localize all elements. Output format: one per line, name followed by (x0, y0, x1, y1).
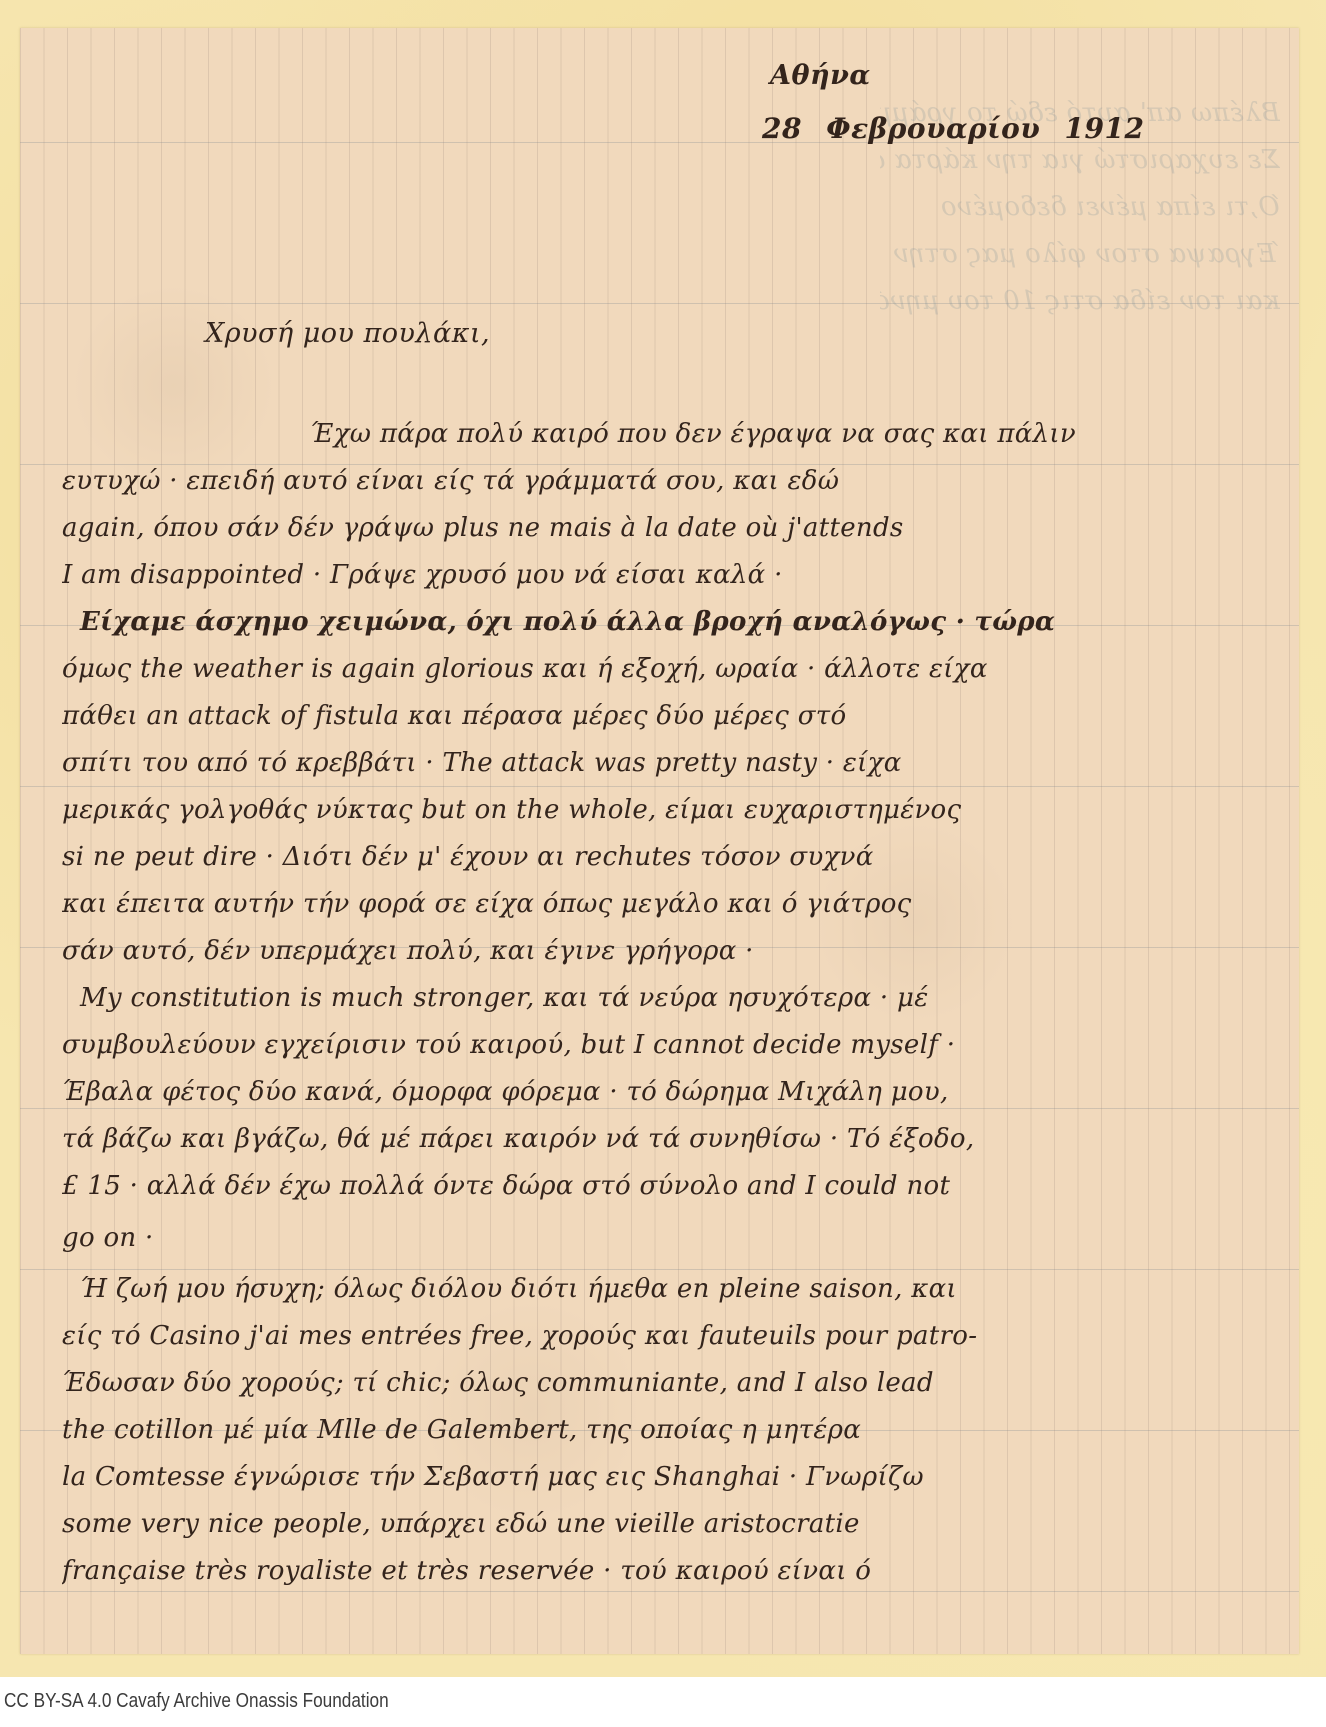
body-line: la Comtesse έγνώρισε τήν Σεβαστή μας εις… (62, 1454, 1282, 1501)
body-line: Έδωσαν δύο χορούς; τί chic; όλως communi… (62, 1360, 1282, 1407)
body-line: some very nice people, υπάρχει εδώ une v… (62, 1501, 1282, 1548)
license-credit: CC BY-SA 4.0 Cavafy Archive Onassis Foun… (4, 1690, 389, 1713)
body-line: όμως the weather is again glorious και ή… (62, 646, 1282, 693)
body-line: £ 15 · αλλά δέν έχω πολλά όντε δώρα στό … (62, 1163, 1282, 1210)
letter-place: Αθήνα (770, 60, 871, 91)
letter-greeting: Χρυσή μου πουλάκι, (205, 318, 490, 349)
letter-body: Έχω πάρα πολύ καιρό που δεν έγραψα να σα… (62, 411, 1282, 1595)
body-line: go on · (62, 1210, 1282, 1266)
body-line: είς τό Casino j'ai mes entrées free, χορ… (62, 1313, 1282, 1360)
letter-date: 28 Φεβρουαρίου 1912 (762, 112, 1144, 145)
body-line: σάν αυτό, δέν υπερμάχει πολύ, και έγινε … (62, 928, 1282, 975)
body-line: ευτυχώ · επειδή αυτό είναι είς τά γράμμα… (62, 458, 1282, 505)
body-line: σπίτι του από τό κρεββάτι · The attack w… (62, 740, 1282, 787)
body-line: again, όπου σάν δέν γράψω plus ne mais à… (62, 505, 1282, 552)
ghost-line: Έγραψα στον φίλο μας στην (880, 231, 1280, 278)
body-line: Ή ζωή μου ήσυχη; όλως διόλου διότι ήμεθα… (62, 1266, 1282, 1313)
body-line: française très royaliste et très reservé… (62, 1548, 1282, 1595)
body-line: Έχω πάρα πολύ καιρό που δεν έγραψα να σα… (62, 411, 1282, 458)
body-line: Είχαμε άσχημο χειμώνα, όχι πολύ άλλα βρο… (62, 599, 1282, 646)
body-line: Έβαλα φέτος δύο κανά, όμορφα φόρεμα · τό… (62, 1069, 1282, 1116)
body-line: τά βάζω και βγάζω, θά μέ πάρει καιρόν νά… (62, 1116, 1282, 1163)
body-line: πάθει an attack of fistula και πέρασα μέ… (62, 693, 1282, 740)
body-line: μερικάς γολγοθάς νύκτας but on the whole… (62, 787, 1282, 834)
body-line: My constitution is much stronger, και τά… (62, 975, 1282, 1022)
ghost-line: Ό,τι είπα μένει δεδομένο (880, 184, 1280, 231)
body-line: συμβουλεύουν εγχείρισιν τού καιρού, but … (62, 1022, 1282, 1069)
body-line: the cotillon μέ μία Mlle de Galembert, τ… (62, 1407, 1282, 1454)
body-line: και έπειτα αυτήν τήν φορά σε είχα όπως μ… (62, 881, 1282, 928)
ghost-line: και τον είδα στις 10 του μηνός (880, 278, 1280, 325)
body-line: I am disappointed · Γράψε χρυσό μου νά ε… (62, 552, 1282, 599)
body-line: si ne peut dire · Διότι δέν μ' έχουν αι … (62, 834, 1282, 881)
